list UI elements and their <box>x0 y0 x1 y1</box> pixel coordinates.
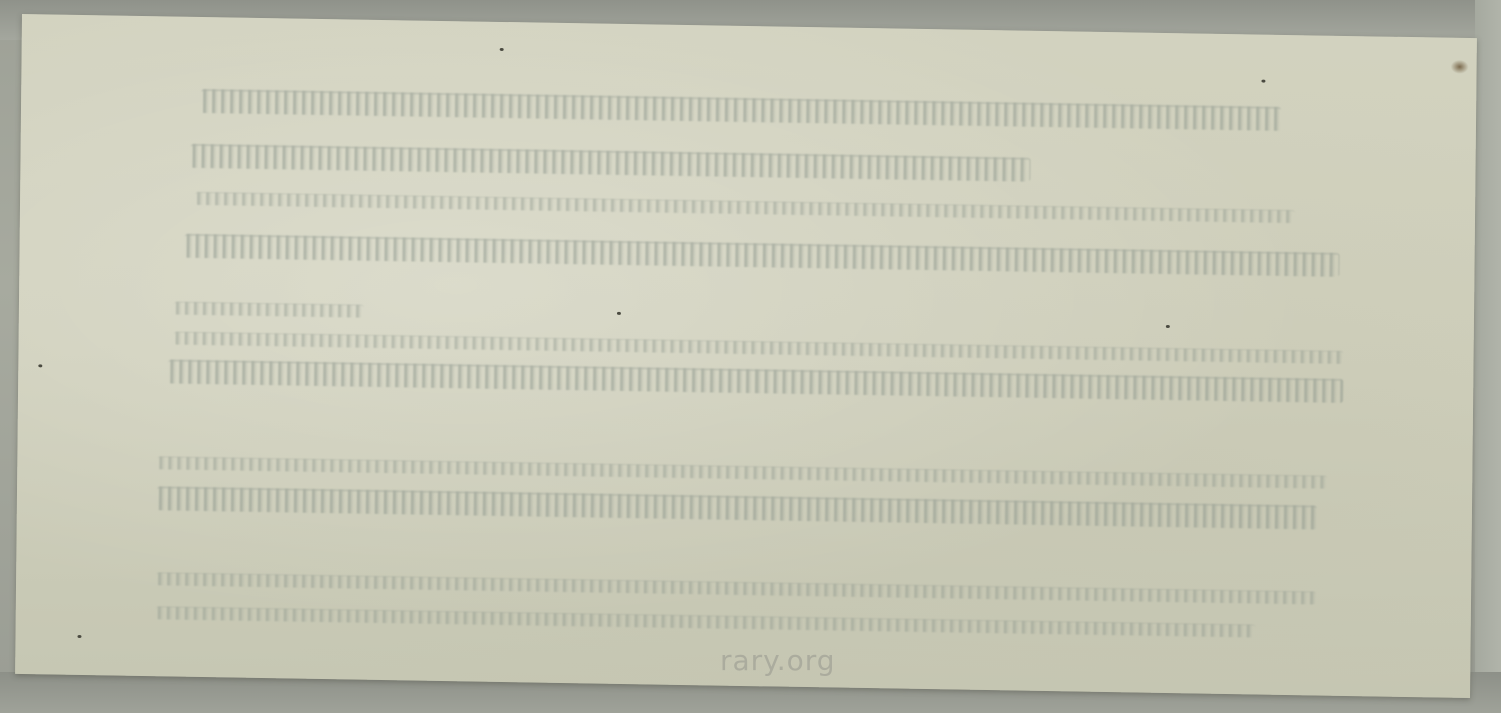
dust-speck <box>1166 325 1170 328</box>
corner-stain <box>1451 60 1469 74</box>
signature-row-2 <box>156 606 1256 637</box>
dust-speck <box>77 635 81 638</box>
script-line-9 <box>157 486 1317 529</box>
script-line-7 <box>168 359 1343 402</box>
script-line-4 <box>184 234 1339 277</box>
script-line-2 <box>190 144 1030 182</box>
script-subline-6 <box>174 332 1344 364</box>
dust-speck <box>1261 80 1265 83</box>
signature-row-1 <box>156 572 1316 604</box>
script-subline-3 <box>195 192 1295 223</box>
watermark-text: rary.org <box>720 644 836 677</box>
script-line-1 <box>201 89 1281 131</box>
dust-speck <box>617 312 621 315</box>
dust-speck <box>500 48 504 51</box>
script-subline-8 <box>157 456 1327 488</box>
script-subline-5 <box>174 302 364 318</box>
table-surface-right <box>1475 0 1501 713</box>
dust-speck <box>38 364 42 367</box>
paper-sheet <box>15 14 1477 698</box>
